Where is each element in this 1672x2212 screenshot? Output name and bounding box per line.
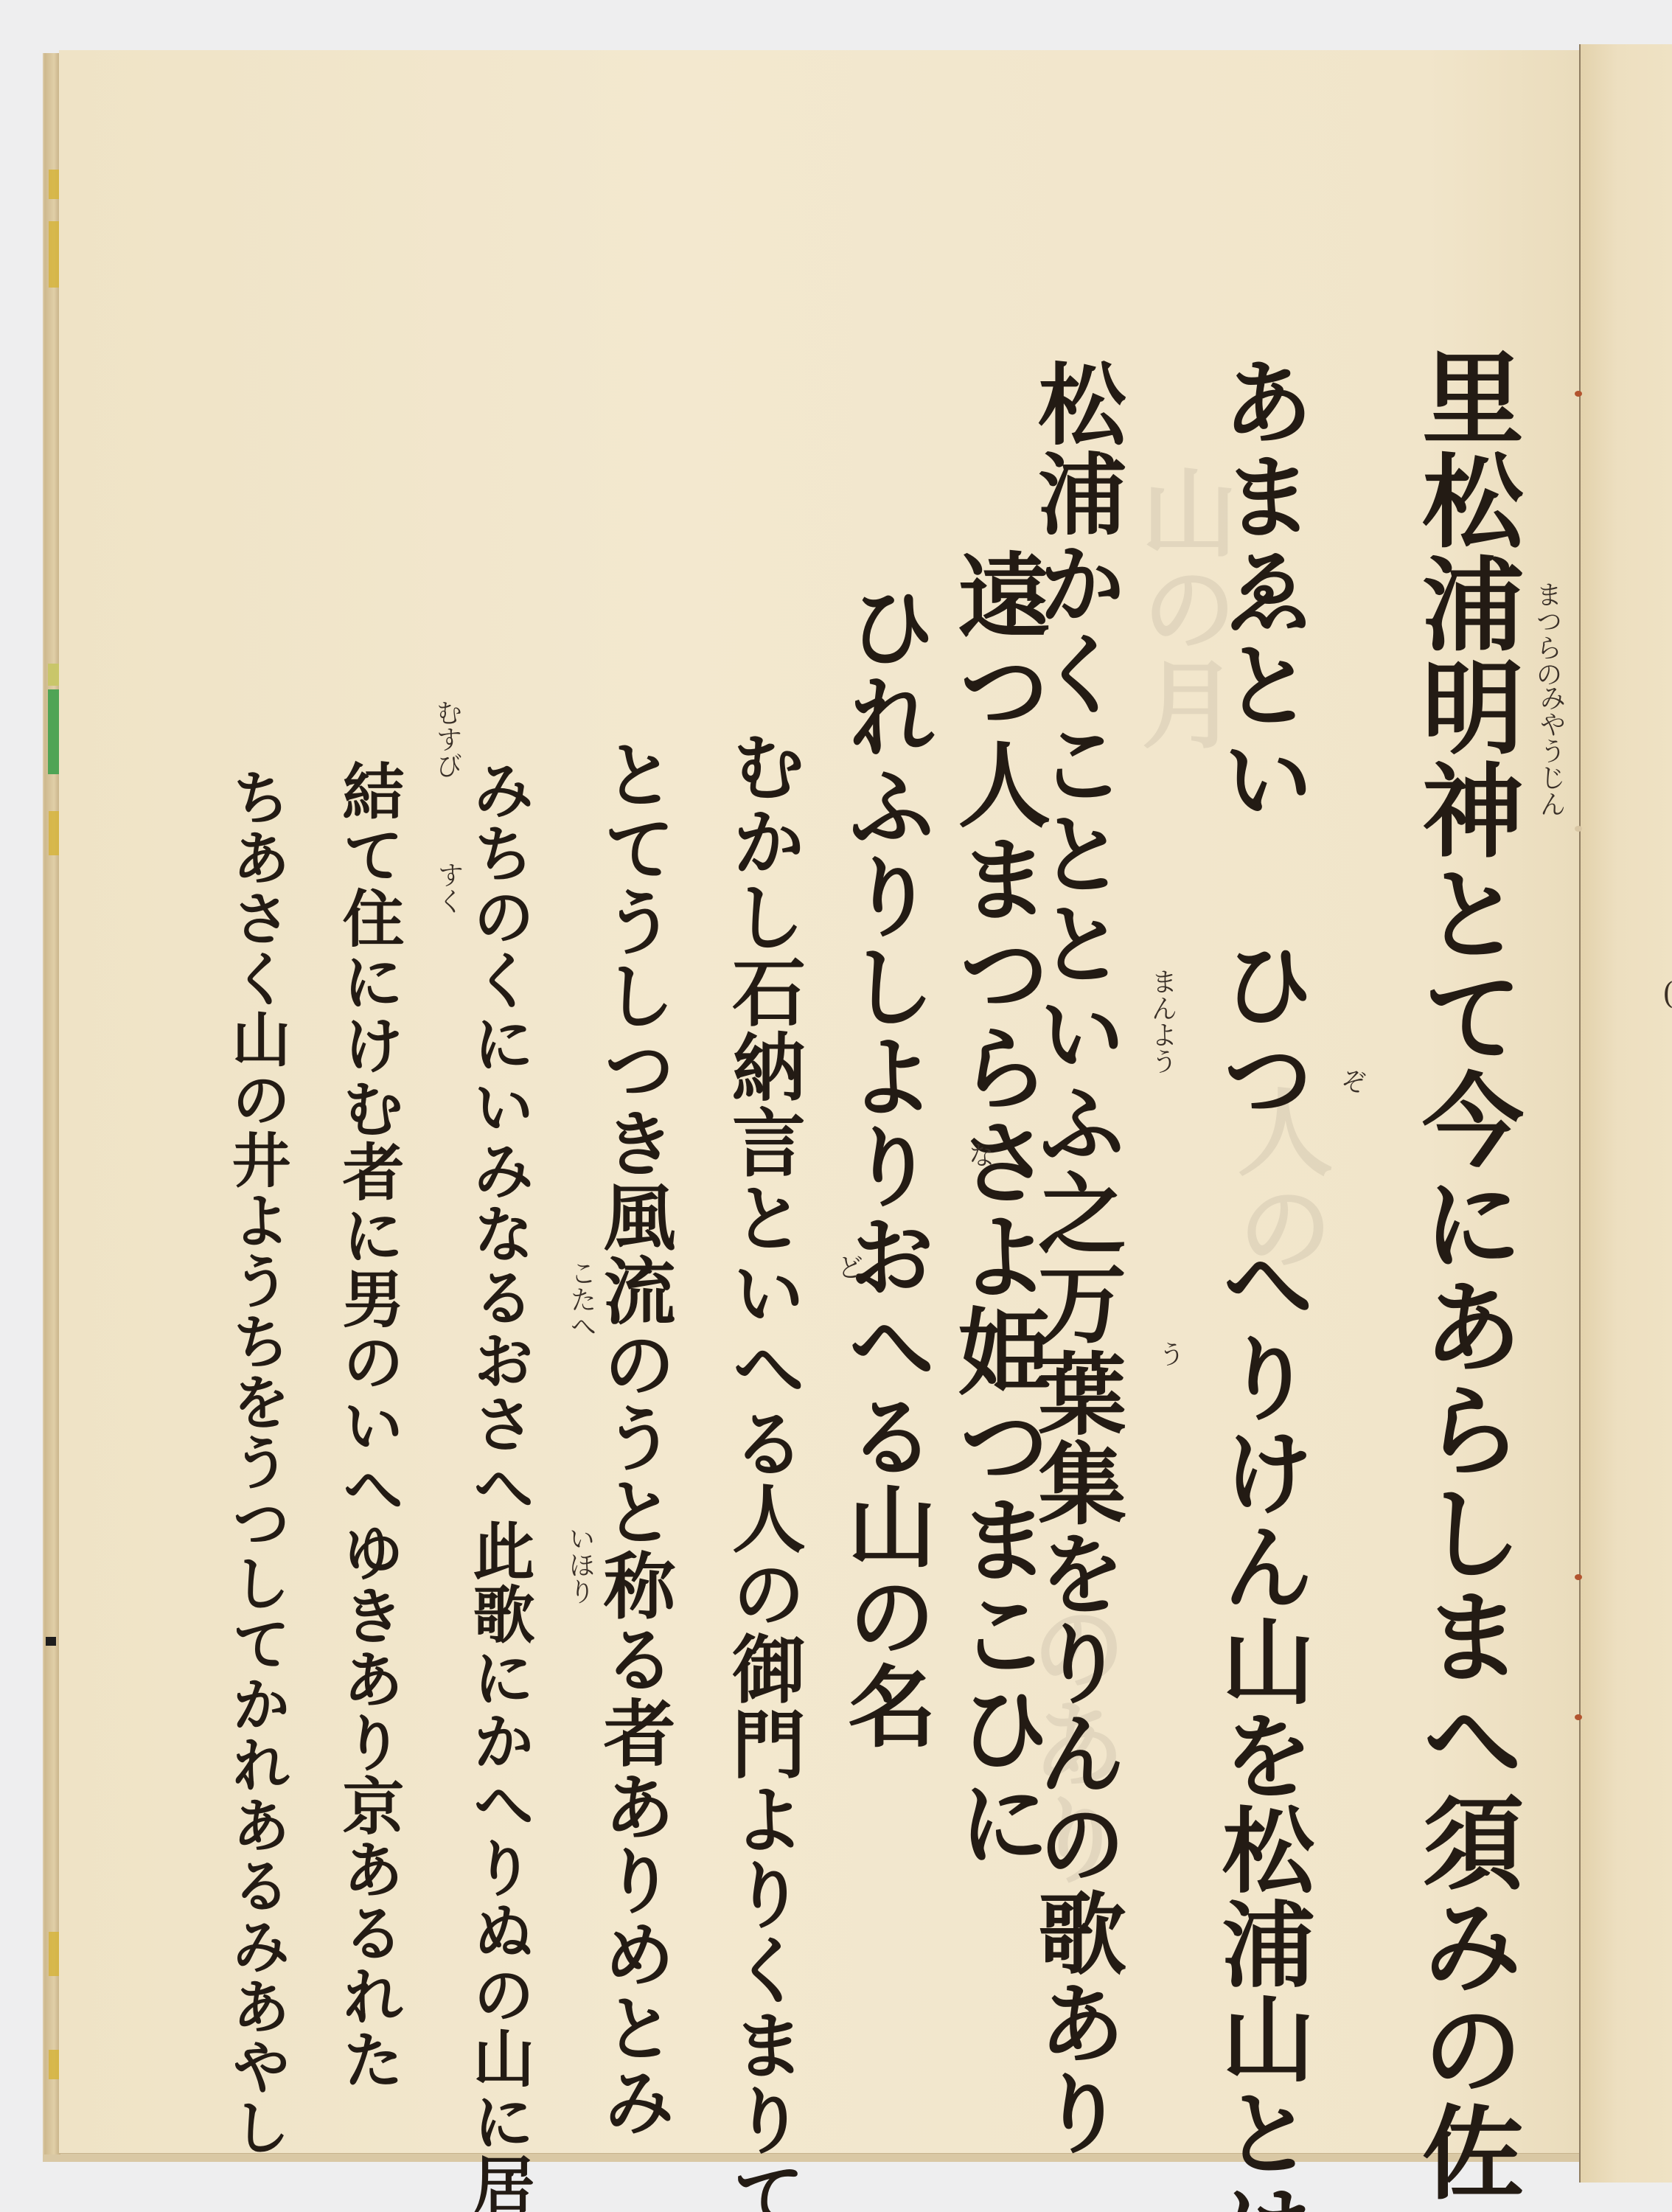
furigana-annotation: すく [435, 861, 461, 914]
furigana-annotation: むすび [433, 699, 460, 779]
spine-gold-fleck [49, 221, 59, 288]
binding-stitch-hole [1575, 1714, 1582, 1720]
binding-stitch-hole [1575, 391, 1582, 397]
text-column-9: 結て住にけむ者に男のいへゆきあり京あるれた [338, 759, 400, 2160]
binding-stitch-hole [1575, 1574, 1582, 1580]
manuscript-page: 山の月 人の のあり 里松浦明神とて今にあらしまへ須みの佐よ姫の あまゑとい ひ… [59, 50, 1579, 2153]
spine-ink-mark [46, 1637, 56, 1646]
text-column-5: ひれふりしよりおへる山の名 [840, 581, 929, 1687]
spine-gold-fleck [49, 811, 59, 855]
furigana-annotation: こたへ [568, 1259, 594, 1339]
text-column-10: ちあさく山の井ようちをうつしてかれあるみあやし [227, 767, 286, 2168]
furigana-annotation: まつらの [1533, 581, 1560, 687]
text-column-6: むかし石納言といへる人の御門よりくまりて [726, 728, 800, 2129]
spine-gold-fleck [49, 1932, 59, 1976]
furigana-annotation: な [966, 1141, 992, 1168]
facing-page-glyph: ( [1662, 977, 1672, 1011]
spine-gold-fleck [49, 2050, 59, 2079]
book-spine-edge [44, 53, 60, 2154]
furigana-annotation: う [1156, 1340, 1182, 1367]
text-column-4: 遠つ人まつらさよ姫つまこひに [951, 548, 1044, 1801]
furigana-annotation: まんよう [1149, 968, 1175, 1074]
furigana-annotation: みやうじん [1537, 684, 1564, 817]
text-column-7: とてうしつき風流のうと称る者ありめとみ [597, 737, 669, 2138]
facing-page-edge [1579, 44, 1672, 2183]
text-column-2: あまゑとい ひつ へりけん山を松浦山とは称ぞ六 [1215, 354, 1308, 2160]
text-column-8: みちのくにいみなるおさへ此歌にかへりぬの山に居 [468, 758, 530, 2159]
furigana-annotation: ぞ [1338, 1068, 1365, 1094]
furigana-annotation: ど [835, 1253, 861, 1280]
binding-stitch-hole [1575, 826, 1582, 832]
text-column-1: 里松浦明神とて今にあらしまへ須みの佐よ姫の [1414, 345, 1516, 2152]
furigana-annotation: いほり [566, 1525, 593, 1604]
spine-gold-fleck [49, 170, 59, 199]
